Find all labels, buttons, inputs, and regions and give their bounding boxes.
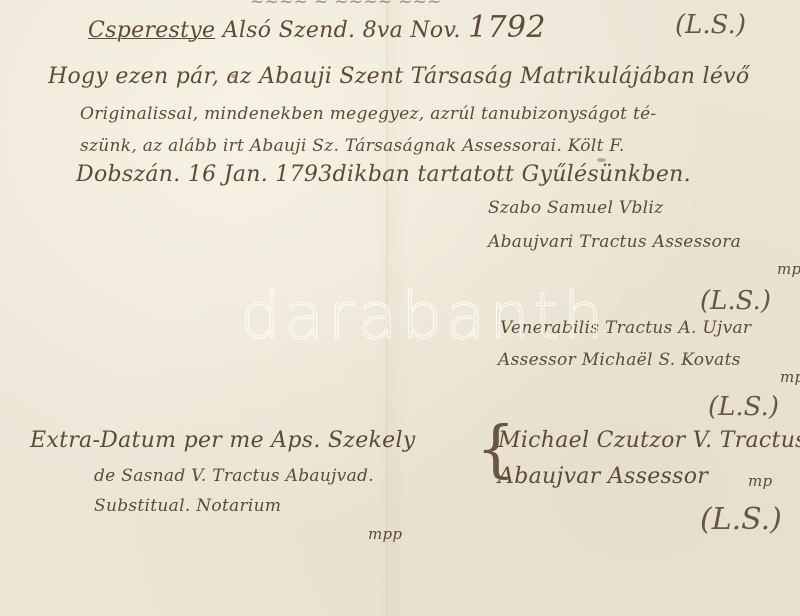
- extra-line-2: de Sasnad V. Tractus Abaujvad.: [94, 466, 374, 486]
- watermark: darabanth: [240, 280, 607, 354]
- header-location-date: Alsó Szend. 8va Nov.: [223, 18, 461, 43]
- extra-line-3: Substitual. Notarium: [94, 496, 281, 516]
- header-seal: (L.S.): [675, 10, 746, 40]
- signature-3-line-1: Michael Czutzor V. Tractus: [498, 428, 800, 453]
- signature-3-seal: (L.S.): [700, 502, 782, 537]
- extra-line-1: Extra-Datum per me Aps. Szekely: [30, 428, 416, 453]
- header-place-date: Csperestye Alsó Szend. 8va Nov. 1792: [88, 10, 546, 45]
- body-line-2: Originalissal, mindenekben megegyez, azr…: [80, 104, 656, 124]
- signature-1-seal: (L.S.): [700, 286, 771, 316]
- body-line-3: szünk, az alább irt Abauji Sz. Társaságn…: [80, 136, 625, 156]
- signature-1-title: Abaujvari Tractus Assessora: [488, 232, 741, 252]
- signature-2-mark: mp: [780, 368, 800, 386]
- signature-1-mark: mp: [777, 260, 800, 278]
- signature-3-line-2: Abaujvar Assessor: [498, 464, 708, 489]
- body-line-1: Hogy ezen pár, az Abauji Szent Társaság …: [48, 64, 749, 89]
- signature-2-seal: (L.S.): [708, 392, 779, 422]
- ink-stain: [597, 158, 606, 162]
- header-year: 1792: [468, 10, 546, 45]
- body-line-4: Dobszán. 16 Jan. 1793dikban tartatott Gy…: [76, 162, 691, 187]
- ink-stain: [231, 74, 236, 78]
- signature-3-mark: mp: [748, 472, 772, 490]
- header-place-word: Csperestye: [88, 18, 215, 43]
- signature-1-name: Szabo Samuel Vbliz: [488, 198, 663, 218]
- flourish-mark: mpp: [368, 525, 402, 543]
